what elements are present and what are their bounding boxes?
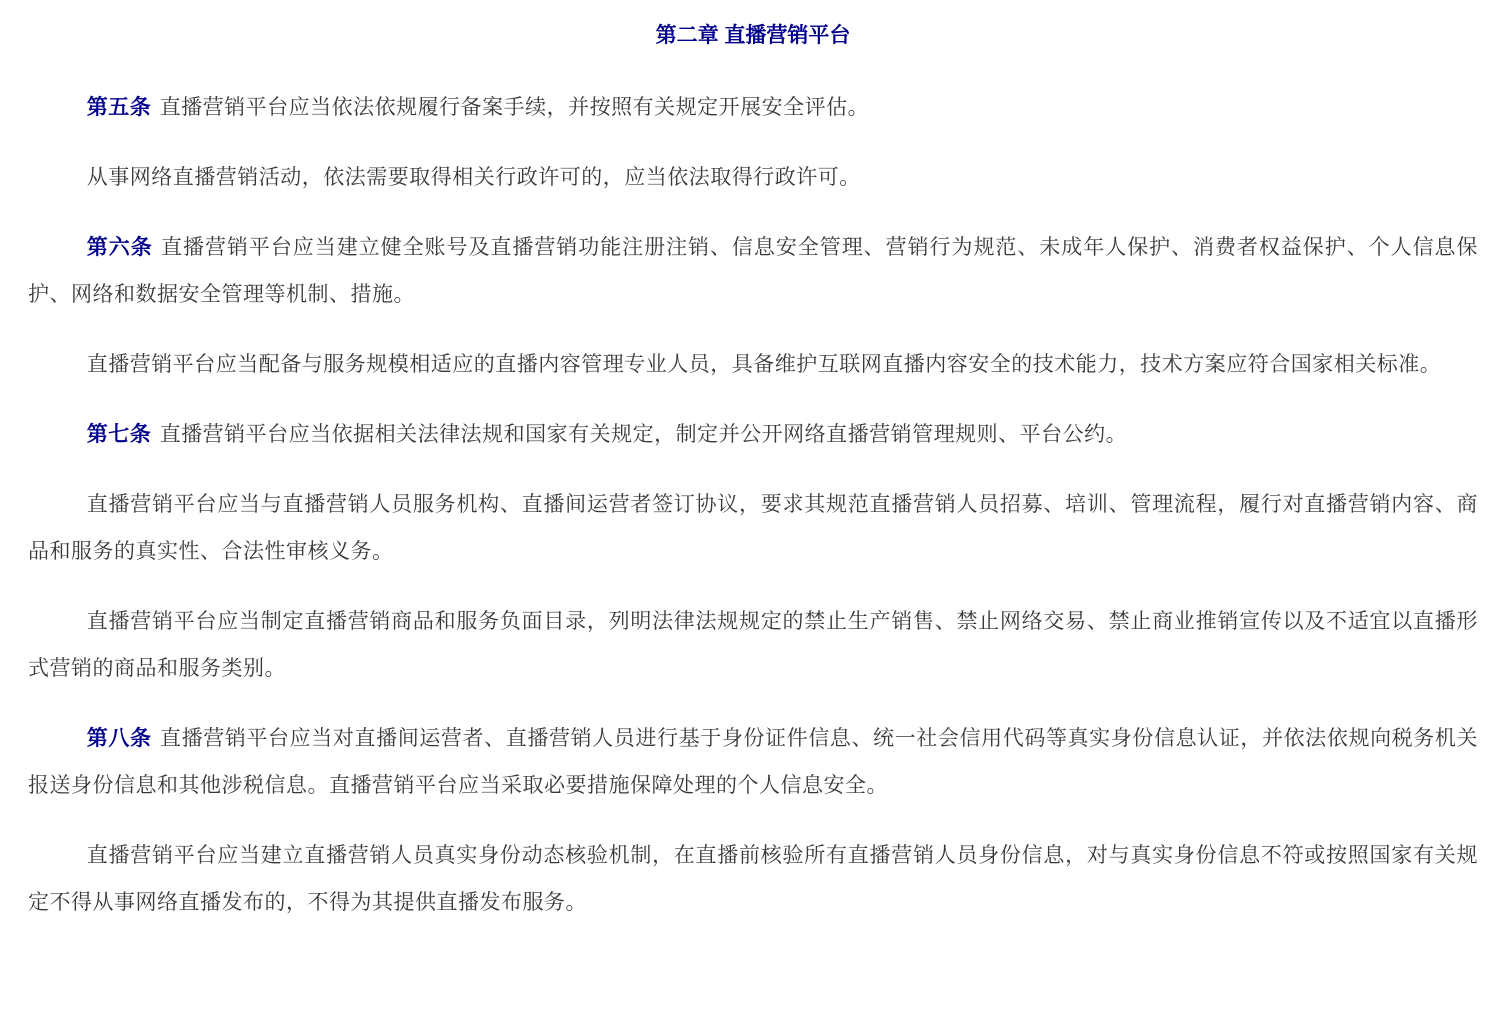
paragraph-text: 直播营销平台应当依据相关法律法规和国家有关规定，制定并公开网络直播营销管理规则、… <box>160 423 1128 446</box>
article-number-5: 第五条 <box>87 96 152 119</box>
paragraph-text: 直播营销平台应当对直播间运营者、直播营销人员进行基于身份证件信息、统一社会信用代… <box>28 727 1478 797</box>
paragraph-text: 直播营销平台应当制定直播营销商品和服务负面目录，列明法律法规规定的禁止生产销售、… <box>28 610 1478 680</box>
paragraph-article-7: 第七条直播营销平台应当依据相关法律法规和国家有关规定，制定并公开网络直播营销管理… <box>28 411 1478 458</box>
paragraph-text: 直播营销平台应当与直播营销人员服务机构、直播间运营者签订协议，要求其规范直播营销… <box>28 493 1478 563</box>
regulation-document: 第二章 直播营销平台 第五条直播营销平台应当依法依规履行备案手续，并按照有关规定… <box>0 0 1506 969</box>
paragraph-article-8-clause-2: 直播营销平台应当建立直播营销人员真实身份动态核验机制，在直播前核验所有直播营销人… <box>28 832 1478 926</box>
paragraph-article-6-clause-2: 直播营销平台应当配备与服务规模相适应的直播内容管理专业人员，具备维护互联网直播内… <box>28 341 1478 388</box>
article-number-8: 第八条 <box>87 727 152 750</box>
article-number-7: 第七条 <box>87 423 152 446</box>
paragraph-text: 从事网络直播营销活动，依法需要取得相关行政许可的，应当依法取得行政许可。 <box>87 166 861 189</box>
paragraph-text: 直播营销平台应当建立健全账号及直播营销功能注册注销、信息安全管理、营销行为规范、… <box>28 236 1478 306</box>
paragraph-article-6: 第六条直播营销平台应当建立健全账号及直播营销功能注册注销、信息安全管理、营销行为… <box>28 224 1478 318</box>
chapter-title: 第二章 直播营销平台 <box>28 20 1478 52</box>
paragraph-text: 直播营销平台应当配备与服务规模相适应的直播内容管理专业人员，具备维护互联网直播内… <box>87 353 1442 376</box>
paragraph-text: 直播营销平台应当依法依规履行备案手续，并按照有关规定开展安全评估。 <box>160 96 870 119</box>
article-number-6: 第六条 <box>87 236 153 259</box>
paragraph-article-7-clause-3: 直播营销平台应当制定直播营销商品和服务负面目录，列明法律法规规定的禁止生产销售、… <box>28 598 1478 692</box>
paragraph-text: 直播营销平台应当建立直播营销人员真实身份动态核验机制，在直播前核验所有直播营销人… <box>28 844 1478 914</box>
paragraph-article-8: 第八条直播营销平台应当对直播间运营者、直播营销人员进行基于身份证件信息、统一社会… <box>28 715 1478 809</box>
paragraph-article-5-clause-2: 从事网络直播营销活动，依法需要取得相关行政许可的，应当依法取得行政许可。 <box>28 154 1478 201</box>
paragraph-article-5: 第五条直播营销平台应当依法依规履行备案手续，并按照有关规定开展安全评估。 <box>28 84 1478 131</box>
paragraph-article-7-clause-2: 直播营销平台应当与直播营销人员服务机构、直播间运营者签订协议，要求其规范直播营销… <box>28 481 1478 575</box>
